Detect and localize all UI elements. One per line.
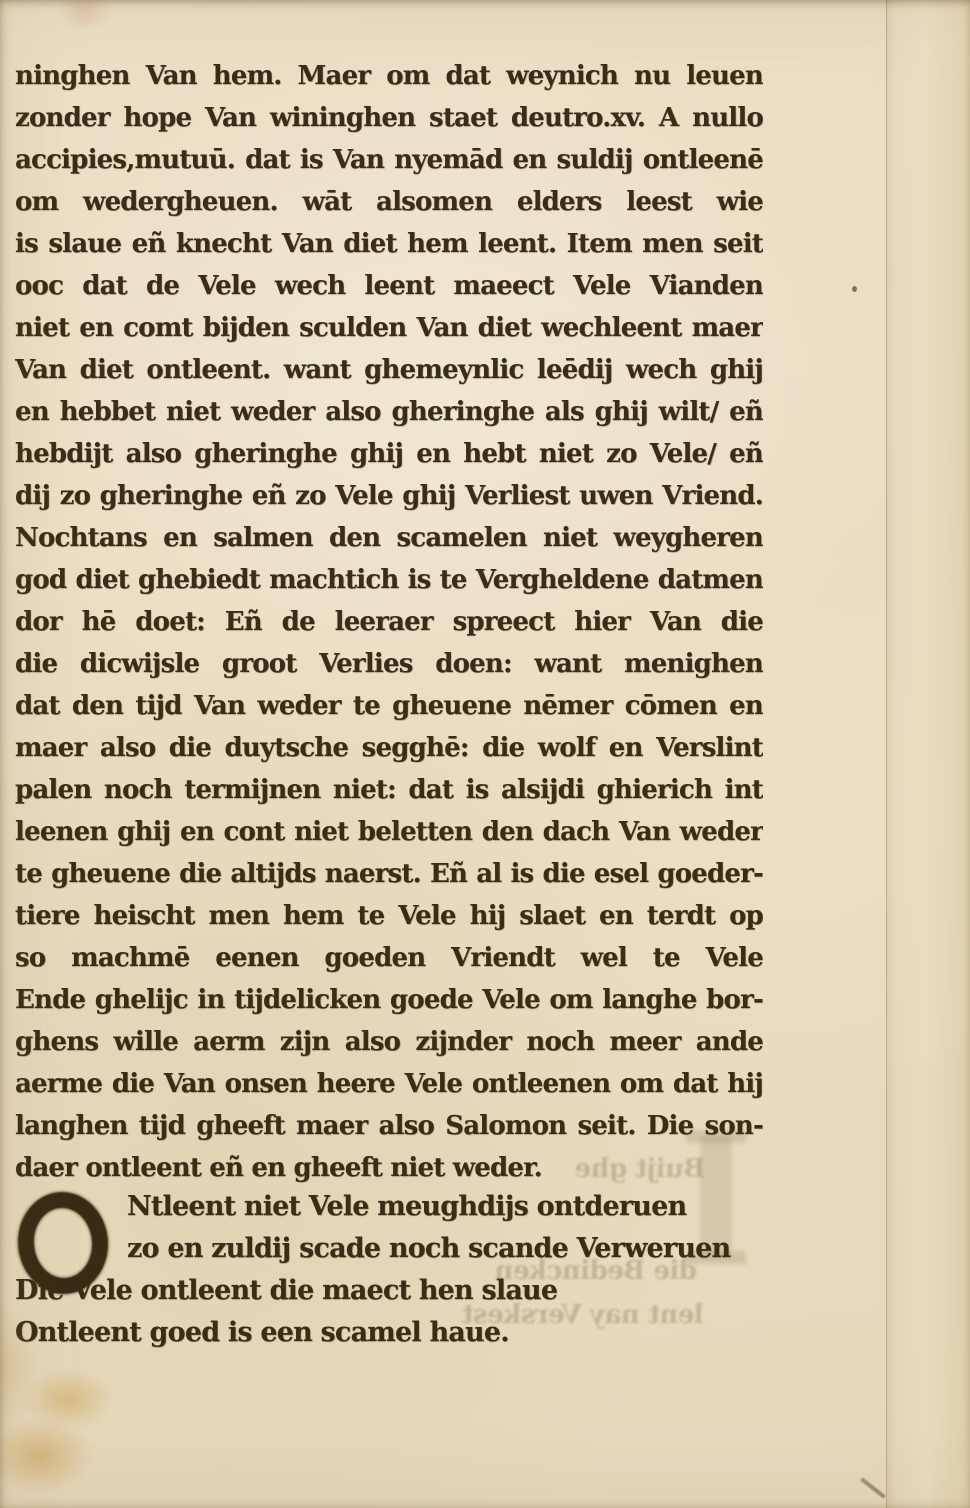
text-line: ninghen Van hem. Maer om dat weynich nu … <box>15 55 763 97</box>
stain <box>0 1418 94 1494</box>
text-line: palen noch termijnen niet: dat is alsijd… <box>15 769 763 811</box>
page-corner-mark <box>860 1477 886 1499</box>
text-line: god diet ghebiedt machtich is te Verghel… <box>15 559 763 601</box>
text-line: Van diet ontleent. want ghemeynlic leēdi… <box>15 349 763 391</box>
text-line: Nochtans en salmen den scamelen niet wey… <box>15 517 763 559</box>
verse-line: zo en zuldij scade noch scande Verweruen <box>15 1228 763 1270</box>
text-line: niet en comt bijden sculden Van diet wec… <box>15 307 763 349</box>
stain <box>58 0 110 32</box>
text-line: maer also die duytsche segghē: die wolf … <box>15 727 763 769</box>
text-line: om wedergheuen. wāt alsomen elders leest… <box>15 181 763 223</box>
text-line: dij zo gheringhe eñ zo Vele ghij Verlies… <box>15 475 763 517</box>
text-line: leenen ghij en cont niet beletten den da… <box>15 811 763 853</box>
text-line: en hebbet niet weder also gheringhe als … <box>15 391 763 433</box>
text-line: langhen tijd gheeft maer also Salomon se… <box>15 1105 763 1147</box>
page-edge <box>886 0 970 1508</box>
verse-line: Ntleent niet Vele meughdijs ontderuen <box>15 1186 763 1228</box>
text-line: dor hē doet: Eñ de leeraer spreect hier … <box>15 601 763 643</box>
text-line: daer ontleent eñ en gheeft niet weder. <box>15 1147 763 1189</box>
verse-block: O Ntleent niet Vele meughdijs ontderuen … <box>15 1186 763 1354</box>
text-line: is slaue eñ knecht Van diet hem leent. I… <box>15 223 763 265</box>
text-line: accipies,mutuū. dat is Van nyemād en sul… <box>15 139 763 181</box>
text-line: ghens wille aerm zijn also zijnder noch … <box>15 1021 763 1063</box>
text-line: so machmē eenen goeden Vriendt wel te Ve… <box>15 937 763 979</box>
verse-line: Die Vele ontleent die maect hen slaue <box>15 1270 763 1312</box>
verse-line: Ontleent goed is een scamel haue. <box>15 1312 763 1354</box>
text-line: aerme die Van onsen heere Vele ontleenen… <box>15 1063 763 1105</box>
text-line: Ende ghelijc in tijdelicken goede Vele o… <box>15 979 763 1021</box>
text-line: tiere heischt men hem te Vele hij slaet … <box>15 895 763 937</box>
book-page-scan: Buijt ghe die Bedincken lent nay Verskes… <box>0 0 970 1508</box>
text-line: hebdijt also gheringhe ghij en hebt niet… <box>15 433 763 475</box>
text-line: te gheuene die altijds naerst. Eñ al is … <box>15 853 763 895</box>
ink-speck <box>852 286 857 292</box>
text-line: zonder hope Van wininghen staet deutro.x… <box>15 97 763 139</box>
prose-text-block: ninghen Van hem. Maer om dat weynich nu … <box>15 55 763 1189</box>
text-line: die dicwijsle groot Verlies doen: want m… <box>15 643 763 685</box>
stain <box>22 1368 114 1430</box>
text-line: dat den tijd Van weder te gheuene nēmer … <box>15 685 763 727</box>
text-line: ooc dat de Vele wech leent maeect Vele V… <box>15 265 763 307</box>
